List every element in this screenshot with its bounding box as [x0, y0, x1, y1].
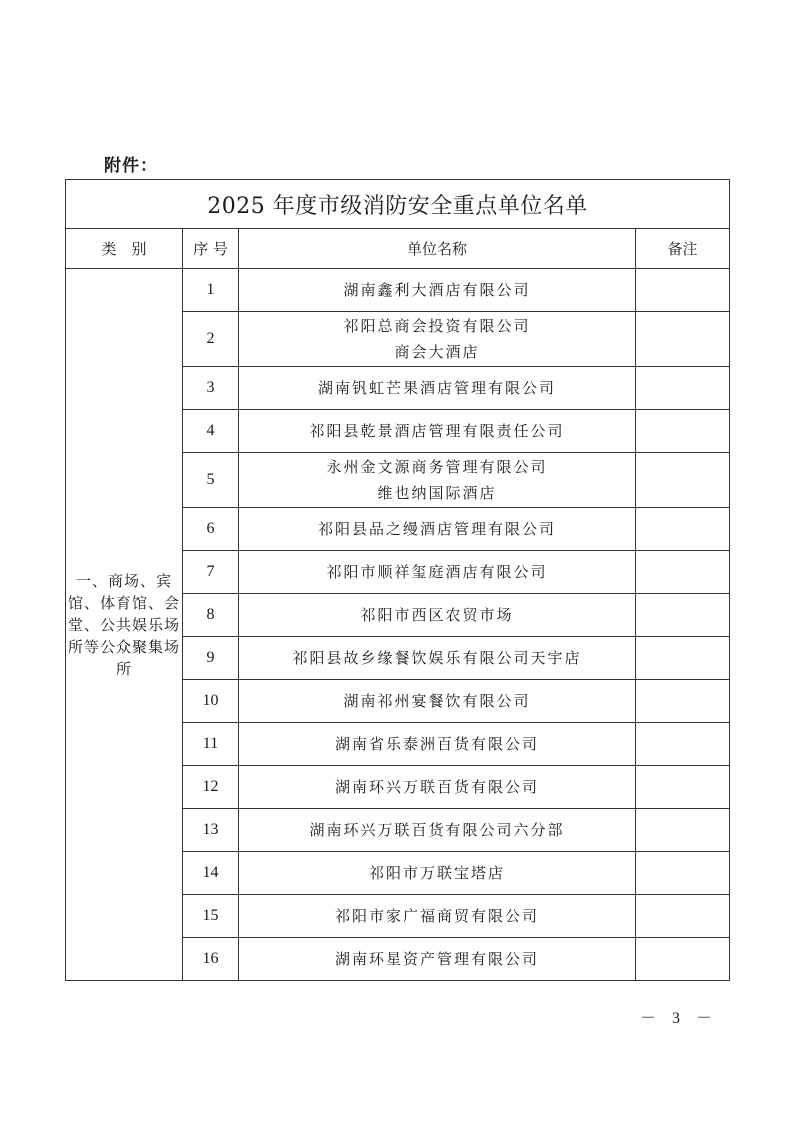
row-name: 祁阳市家广福商贸有限公司: [239, 895, 636, 938]
attachment-label: 附件：: [104, 151, 158, 176]
row-name: 祁阳市顺祥玺庭酒店有限公司: [239, 551, 636, 594]
row-seq: 13: [183, 809, 239, 852]
row-remark: [636, 938, 730, 981]
row-name: 祁阳县品之缦酒店管理有限公司: [239, 508, 636, 551]
row-seq: 4: [183, 410, 239, 453]
row-name-line: 湖南环兴万联百货有限公司: [239, 774, 635, 800]
row-name: 永州金文源商务管理有限公司维也纳国际酒店: [239, 453, 636, 508]
key-units-table: 2025 年度市级消防安全重点单位名单 类 别 序 号 单位名称 备注 一、商场…: [65, 179, 730, 981]
row-name-line: 祁阳市西区农贸市场: [239, 602, 635, 628]
row-name-line: 祁阳县品之缦酒店管理有限公司: [239, 516, 635, 542]
row-remark: [636, 269, 730, 312]
header-remark: 备注: [636, 229, 730, 269]
row-name-line: 祁阳县乾景酒店管理有限责任公司: [239, 418, 635, 444]
row-seq: 8: [183, 594, 239, 637]
row-remark: [636, 453, 730, 508]
row-seq: 12: [183, 766, 239, 809]
header-name: 单位名称: [239, 229, 636, 269]
row-name: 湖南省乐泰洲百货有限公司: [239, 723, 636, 766]
row-name-line: 湖南祁州宴餐饮有限公司: [239, 688, 635, 714]
row-remark: [636, 410, 730, 453]
row-remark: [636, 551, 730, 594]
row-seq: 15: [183, 895, 239, 938]
row-remark: [636, 508, 730, 551]
row-name-line: 湖南鑫利大酒店有限公司: [239, 277, 635, 303]
row-name-line: 祁阳市家广福商贸有限公司: [239, 903, 635, 929]
row-seq: 6: [183, 508, 239, 551]
category-cell: 一、商场、宾馆、体育馆、会堂、公共娱乐场所等公众聚集场所: [66, 269, 183, 981]
row-seq: 16: [183, 938, 239, 981]
row-name: 祁阳县乾景酒店管理有限责任公司: [239, 410, 636, 453]
row-name: 湖南环星资产管理有限公司: [239, 938, 636, 981]
row-name-line: 湖南钒虹芒果酒店管理有限公司: [239, 375, 635, 401]
table-row: 一、商场、宾馆、体育馆、会堂、公共娱乐场所等公众聚集场所 1 湖南鑫利大酒店有限…: [66, 269, 730, 312]
row-name-line: 湖南环兴万联百货有限公司六分部: [239, 817, 635, 843]
row-name: 祁阳市西区农贸市场: [239, 594, 636, 637]
page-number: － 3 －: [640, 1005, 718, 1028]
row-name-line: 祁阳总商会投资有限公司: [239, 313, 635, 339]
row-remark: [636, 637, 730, 680]
row-remark: [636, 312, 730, 367]
row-seq: 1: [183, 269, 239, 312]
row-seq: 2: [183, 312, 239, 367]
row-remark: [636, 809, 730, 852]
row-name: 湖南鑫利大酒店有限公司: [239, 269, 636, 312]
row-remark: [636, 367, 730, 410]
header-row: 类 别 序 号 单位名称 备注: [66, 229, 730, 269]
row-name: 祁阳县故乡缘餐饮娱乐有限公司天宇店: [239, 637, 636, 680]
row-name: 祁阳总商会投资有限公司商会大酒店: [239, 312, 636, 367]
row-seq: 3: [183, 367, 239, 410]
header-category: 类 别: [66, 229, 183, 269]
row-remark: [636, 680, 730, 723]
table-title: 2025 年度市级消防安全重点单位名单: [66, 180, 730, 229]
row-seq: 5: [183, 453, 239, 508]
row-seq: 14: [183, 852, 239, 895]
row-name: 湖南环兴万联百货有限公司: [239, 766, 636, 809]
row-name-line: 永州金文源商务管理有限公司: [239, 454, 635, 480]
row-name-line: 祁阳市万联宝塔店: [239, 860, 635, 886]
row-remark: [636, 895, 730, 938]
row-name: 湖南钒虹芒果酒店管理有限公司: [239, 367, 636, 410]
row-seq: 10: [183, 680, 239, 723]
row-name: 湖南祁州宴餐饮有限公司: [239, 680, 636, 723]
header-seq: 序 号: [183, 229, 239, 269]
row-name-line: 祁阳市顺祥玺庭酒店有限公司: [239, 559, 635, 585]
row-name-line: 湖南省乐泰洲百货有限公司: [239, 731, 635, 757]
row-name: 湖南环兴万联百货有限公司六分部: [239, 809, 636, 852]
row-name-line: 祁阳县故乡缘餐饮娱乐有限公司天宇店: [239, 645, 635, 671]
row-seq: 11: [183, 723, 239, 766]
row-name: 祁阳市万联宝塔店: [239, 852, 636, 895]
row-remark: [636, 766, 730, 809]
row-seq: 7: [183, 551, 239, 594]
row-remark: [636, 852, 730, 895]
row-remark: [636, 594, 730, 637]
row-name-line-2: 商会大酒店: [239, 339, 635, 365]
row-name-line-2: 维也纳国际酒店: [239, 480, 635, 506]
row-seq: 9: [183, 637, 239, 680]
row-remark: [636, 723, 730, 766]
row-name-line: 湖南环星资产管理有限公司: [239, 946, 635, 972]
